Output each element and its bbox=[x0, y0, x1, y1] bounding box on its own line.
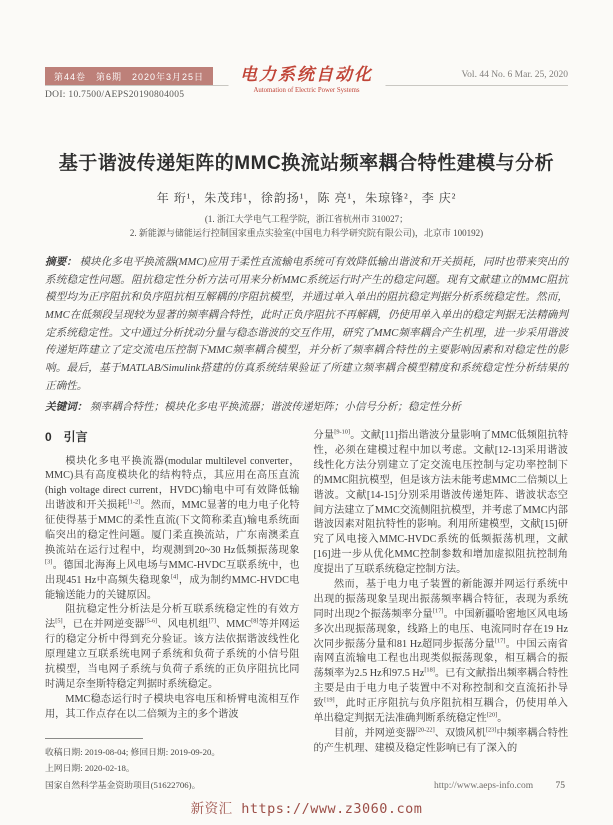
section-0-heading: 0 引言 bbox=[45, 429, 300, 447]
issue-info-badge: 第44卷 第6期 2020年3月25日 bbox=[45, 67, 213, 85]
intro-paragraph: 然而，基于电力电子装置的新能源并网运行系统中出现的振荡现象呈现出振荡频率耦合特征… bbox=[314, 578, 569, 727]
journal-website: http://www.aeps-info.com bbox=[434, 781, 533, 791]
watermark-text: 新资汇 https://www.z3060.com bbox=[191, 797, 423, 817]
abstract-label: 摘要： bbox=[45, 257, 77, 268]
paper-title: 基于谐波传递矩阵的MMC换流站频率耦合特性建模与分析 bbox=[45, 148, 568, 175]
footnote-block: 收稿日期: 2019-08-04; 修回日期: 2019-09-20。 上网日期… bbox=[45, 738, 300, 794]
intro-paragraph: 分量[9-10]。文献[11]指出谐波分量影响了MMC低频阻抗特性，必须在建模过… bbox=[314, 429, 569, 578]
abstract-text: 模块化多电平换流器(MMC)应用于柔性直流输电系统可有效降低输出谐波和开关损耗，… bbox=[45, 257, 568, 392]
footnote-divider bbox=[45, 738, 143, 739]
volume-info: Vol. 44 No. 6 Mar. 25, 2020 bbox=[462, 70, 568, 80]
journal-header: 第44卷 第6期 2020年3月25日 DOI: 10.7500/AEPS201… bbox=[45, 60, 568, 106]
intro-paragraph: MMC稳态运行时子模块电容电压和桥臂电流相互作用，其工作点存在以二倍频为主的多个… bbox=[45, 693, 300, 723]
page-number: 75 bbox=[556, 781, 566, 791]
page-footer: http://www.aeps-info.com 75 bbox=[434, 781, 565, 791]
keywords-text: 频率耦合特性；模块化多电平换流器；谐波传递矩阵；小信号分析；稳定性分析 bbox=[90, 402, 461, 413]
authors-line: 年 珩¹，朱茂玮¹，徐韵扬¹，陈 亮¹，朱琼锋²，李 庆² bbox=[45, 189, 568, 206]
journal-title-en: Automation of Electric Power Systems bbox=[240, 87, 373, 94]
right-column: 分量[9-10]。文献[11]指出谐波分量影响了MMC低频阻抗特性，必须在建模过… bbox=[314, 429, 569, 794]
intro-paragraph: 模块化多电平换流器(modular multilevel converter，M… bbox=[45, 455, 300, 604]
keywords-label: 关键词： bbox=[45, 402, 87, 413]
left-column: 0 引言 模块化多电平换流器(modular multilevel conver… bbox=[45, 429, 300, 794]
journal-masthead: 电力系统自动化 Automation of Electric Power Sys… bbox=[228, 60, 385, 94]
footnote-funding: 国家自然科学基金资助项目(51622706)。 bbox=[45, 777, 300, 794]
journal-title-cn: 电力系统自动化 bbox=[240, 60, 373, 85]
body-columns: 0 引言 模块化多电平换流器(modular multilevel conver… bbox=[45, 429, 568, 794]
intro-paragraph: 目前，并网逆变器[20-22]、双馈风机[23]中频率耦合特性的产生机理、建模及… bbox=[314, 727, 569, 757]
abstract: 摘要： 模块化多电平换流器(MMC)应用于柔性直流输电系统可有效降低输出谐波和开… bbox=[45, 254, 568, 396]
intro-paragraph: 阻抗稳定性分析法是分析互联系统稳定性的有效方法[5]，已在并网逆变器[5-6]、… bbox=[45, 603, 300, 692]
footnote-received-date: 收稿日期: 2019-08-04; 修回日期: 2019-09-20。 bbox=[45, 744, 300, 761]
keywords: 关键词： 频率耦合特性；模块化多电平换流器；谐波传递矩阵；小信号分析；稳定性分析 bbox=[45, 399, 568, 417]
affiliation-1: (1. 浙江大学电气工程学院，浙江省杭州市 310027； bbox=[45, 213, 568, 227]
affiliation-2: 2. 新能源与储能运行控制国家重点实验室(中国电力科学研究院有限公司)，北京市 … bbox=[45, 227, 568, 241]
affiliations: (1. 浙江大学电气工程学院，浙江省杭州市 310027； 2. 新能源与储能运… bbox=[45, 213, 568, 241]
footnote-online-date: 上网日期: 2020-02-18。 bbox=[45, 760, 300, 777]
paper-page: 第44卷 第6期 2020年3月25日 DOI: 10.7500/AEPS201… bbox=[0, 0, 613, 825]
doi-text: DOI: 10.7500/AEPS20190804005 bbox=[45, 90, 184, 100]
